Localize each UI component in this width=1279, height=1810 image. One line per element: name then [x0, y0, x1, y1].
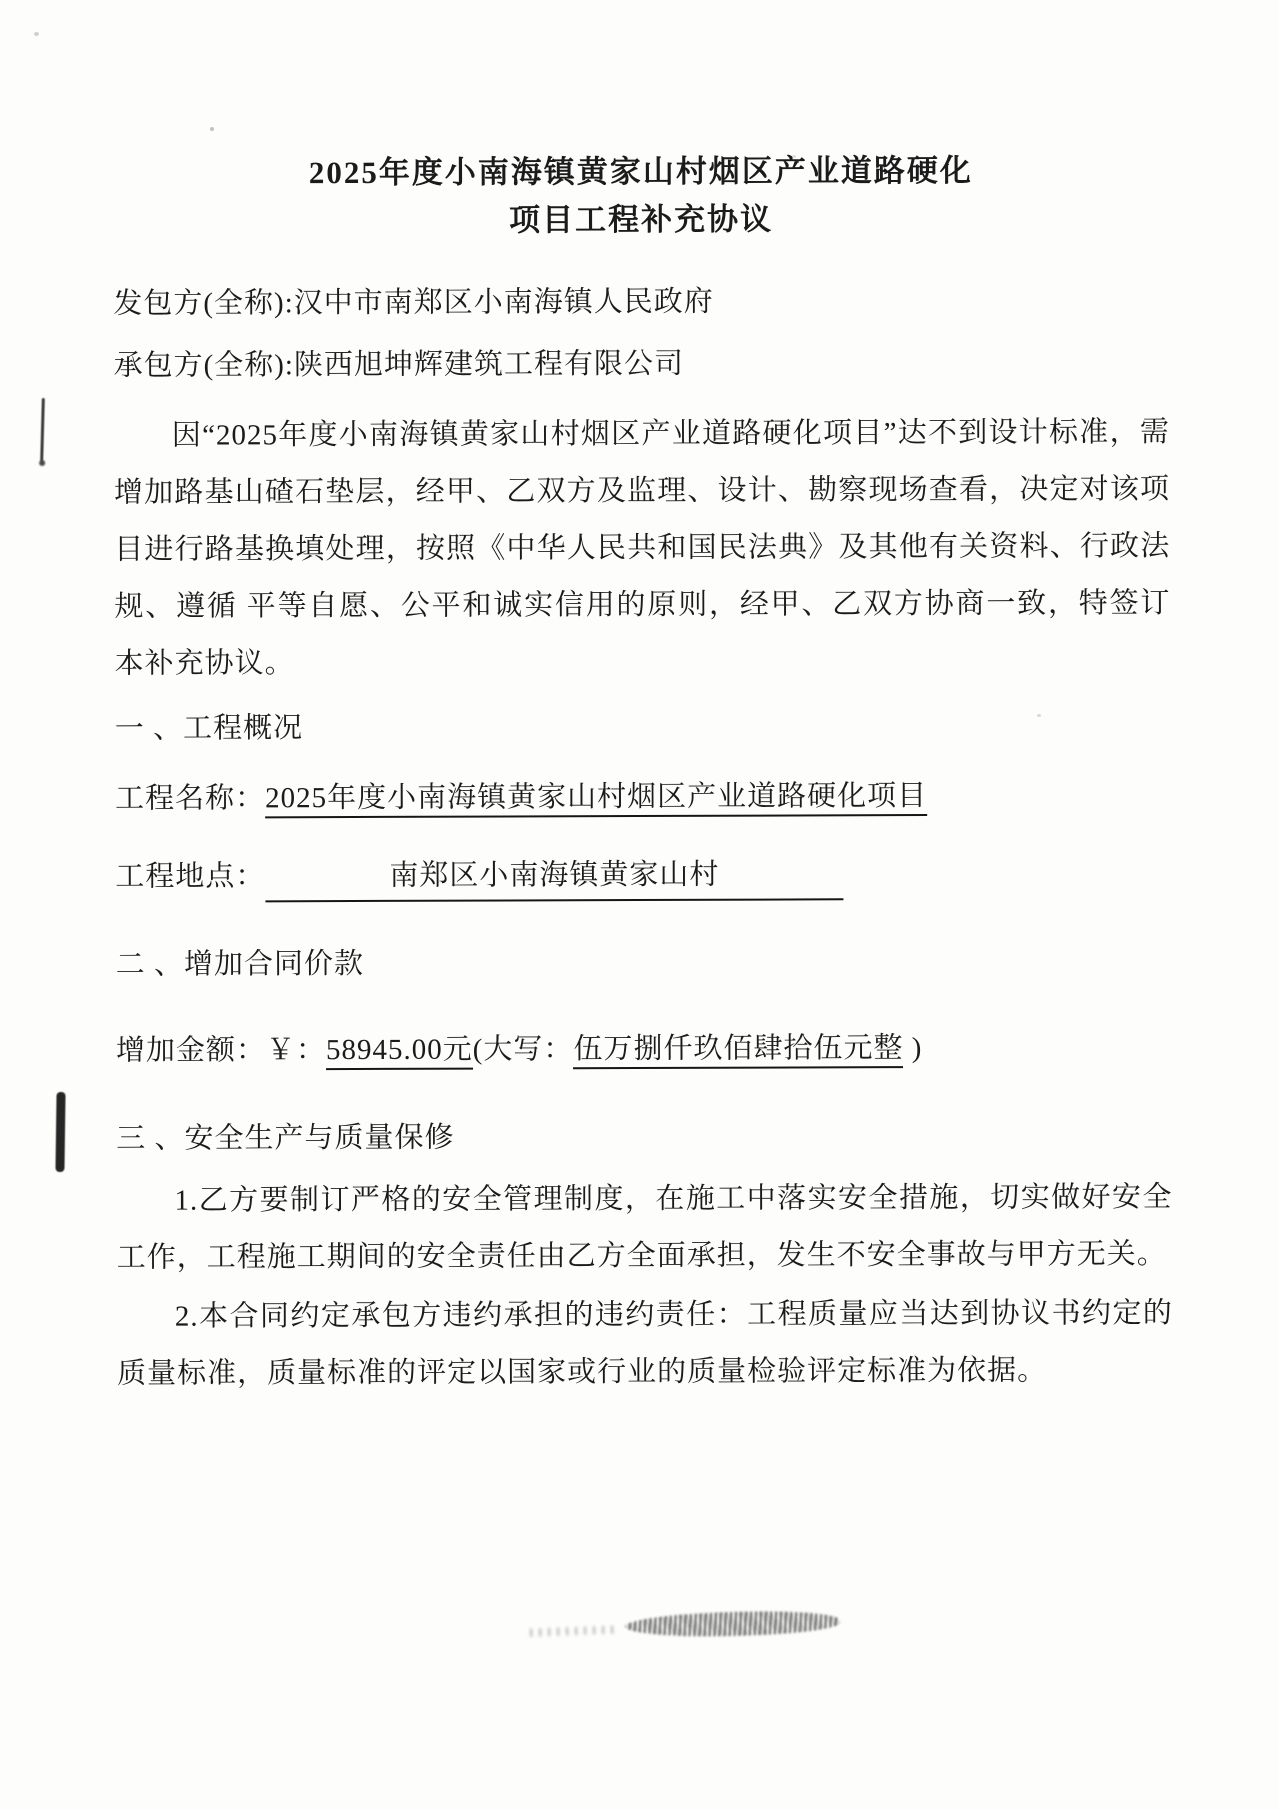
project-location-label: 工程地点： — [115, 860, 265, 893]
project-name-label: 工程名称： — [115, 782, 265, 815]
contractor-line: 承包方(全称):陕西旭坤辉建筑工程有限公司 — [114, 342, 1170, 386]
project-location-line: 工程地点：南郑区小南海镇黄家山村 — [115, 851, 1171, 903]
preamble-paragraph: 因“2025年度小南海镇黄家山村烟区产业道路硬化项目”达不到设计标准，需增加路基… — [114, 404, 1171, 693]
document-title: 2025年度小南海镇黄家山村烟区产业道路硬化 项目工程补充协议 — [113, 146, 1169, 246]
scan-artifact-thick-bar — [55, 1092, 65, 1172]
safety-clause-2: 2.本合同约定承包方违约承担的违约责任：工程质量应当达到协议书约定的质量标准，质… — [117, 1285, 1173, 1403]
scanned-document-page: 2025年度小南海镇黄家山村烟区产业道路硬化 项目工程补充协议 发包方(全称):… — [0, 0, 1279, 1810]
scan-speck — [792, 155, 796, 158]
amount-value: 58945.00元 — [326, 1034, 473, 1071]
scan-speck — [210, 127, 214, 131]
amount-words-prefix: (大写： — [473, 1033, 574, 1065]
scan-artifact-thin-line — [40, 398, 45, 462]
amount-words-suffix: ) — [903, 1032, 922, 1064]
amount-line: 增加金额：￥：58945.00元(大写：伍万捌仟玖佰肆拾伍元整 ) — [116, 1025, 1172, 1073]
project-location-value: 南郑区小南海镇黄家山村 — [265, 852, 843, 902]
scan-speck — [1037, 714, 1041, 717]
section1-heading: 一 、工程概况 — [115, 705, 1171, 749]
project-name-line: 工程名称：2025年度小南海镇黄家山村烟区产业道路硬化项目 — [115, 773, 1171, 821]
document-title-line1: 2025年度小南海镇黄家山村烟区产业道路硬化 — [113, 146, 1169, 198]
document-content: 2025年度小南海镇黄家山村烟区产业道路硬化 项目工程补充协议 发包方(全称):… — [113, 146, 1173, 1403]
employer-line: 发包方(全称):汉中市南郑区小南海镇人民政府 — [113, 280, 1169, 324]
safety-clause-1: 1.乙方要制订严格的安全管理制度，在施工中落实安全措施，切实做好安全工作，工程施… — [116, 1169, 1172, 1287]
scan-artifact-ink-smudge — [625, 1608, 841, 1640]
amount-label: 增加金额：￥： — [116, 1034, 326, 1067]
section2-heading: 二 、增加合同价款 — [116, 941, 1172, 985]
document-title-line2: 项目工程补充协议 — [113, 194, 1169, 246]
amount-words-value: 伍万捌仟玖佰肆拾伍元整 — [573, 1032, 903, 1069]
section3-heading: 三 、安全生产与质量保修 — [116, 1115, 1172, 1159]
project-name-value: 2025年度小南海镇黄家山村烟区产业道路硬化项目 — [265, 780, 927, 818]
scan-speck — [34, 32, 39, 36]
